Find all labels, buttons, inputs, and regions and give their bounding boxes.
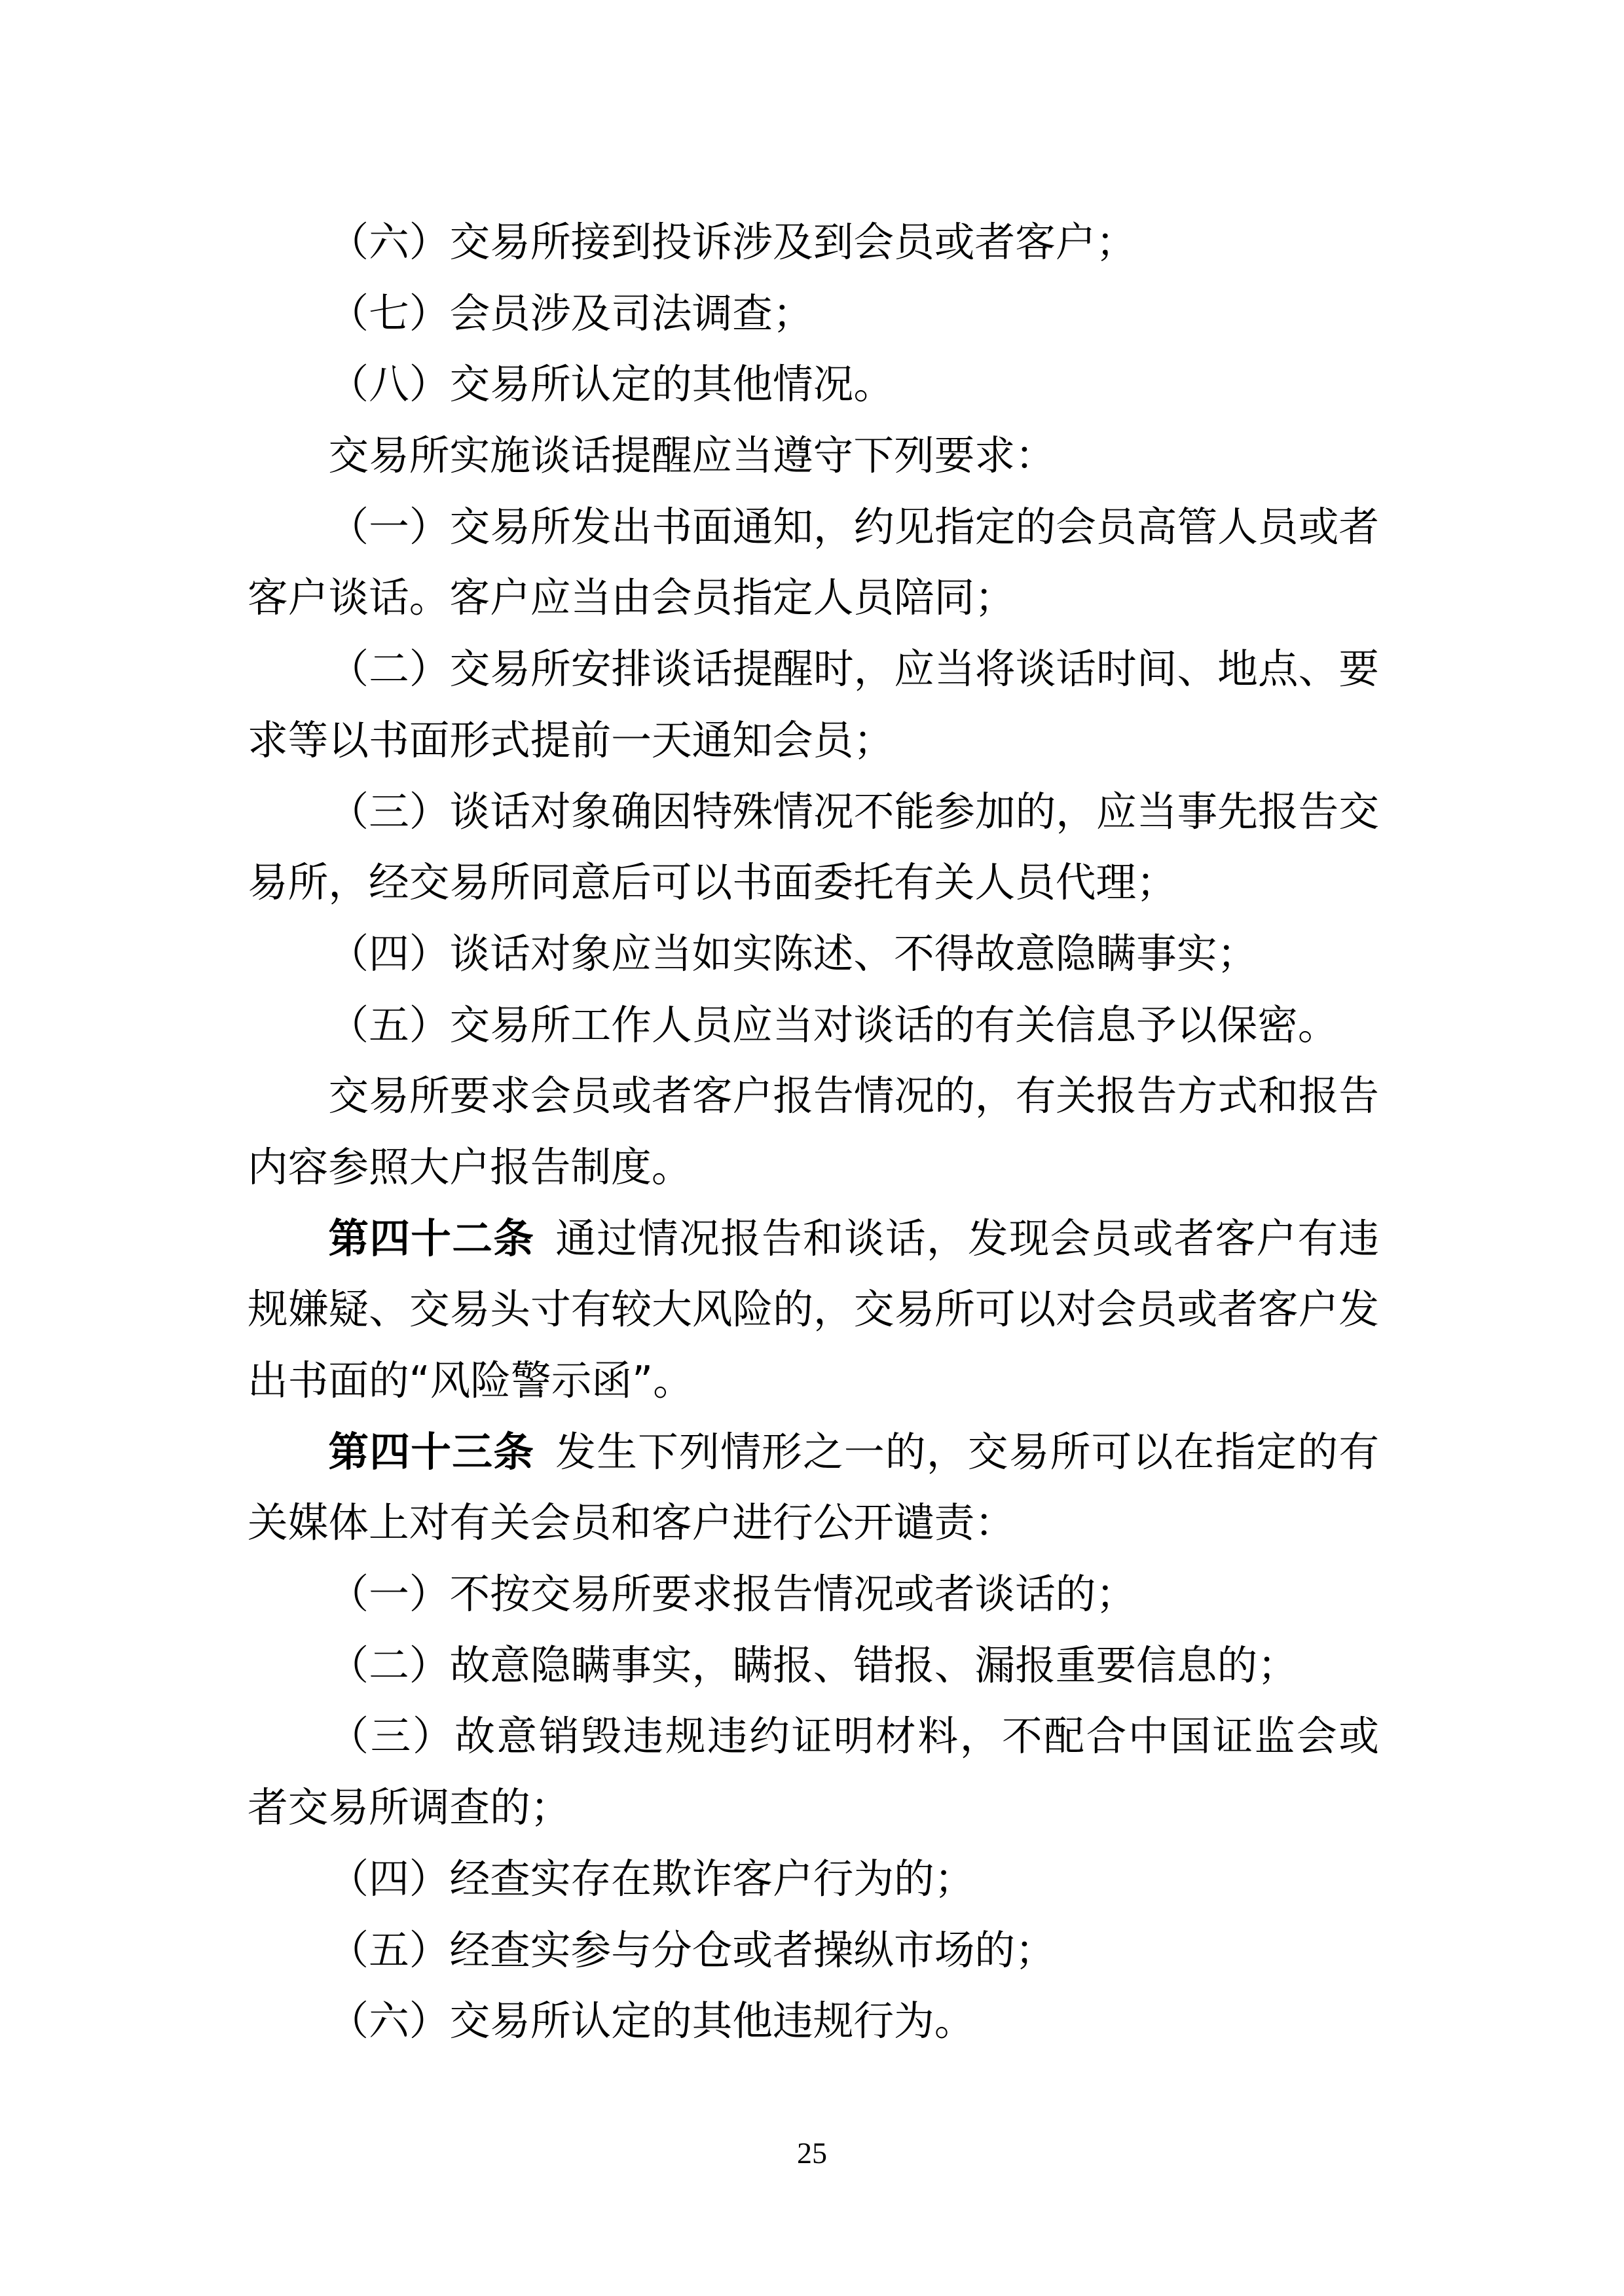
violation-6: （六）交易所认定的其他违规行为。 (248, 1986, 1379, 2057)
document-page: （六）交易所接到投诉涉及到会员或者客户； （七）会员涉及司法调查； （八）交易所… (0, 0, 1624, 2296)
article-42-text: 通过情况报告和谈话，发现会员或者客户有违 (555, 1215, 1379, 1262)
article-42-line-1: 第四十二条 通过情况报告和谈话，发现会员或者客户有违 (248, 1203, 1379, 1275)
body-text: （六）交易所接到投诉涉及到会员或者客户； （七）会员涉及司法调查； （八）交易所… (248, 207, 1379, 2057)
requirement-1-line-2: 客户谈话。客户应当由会员指定人员陪同； (248, 562, 1379, 634)
article-43-line-1: 第四十三条 发生下列情形之一的，交易所可以在指定的有 (248, 1417, 1379, 1488)
article-42-heading: 第四十二条 (328, 1215, 534, 1262)
paragraph-intro-requirements: 交易所实施谈话提醒应当遵守下列要求： (248, 420, 1379, 492)
article-43-spacer (534, 1429, 555, 1476)
article-42-line-3: 出书面的“风险警示函”。 (248, 1345, 1379, 1417)
requirement-3-line-1: （三）谈话对象确因特殊情况不能参加的，应当事先报告交 (248, 776, 1379, 848)
requirement-2-line-2: 求等以书面形式提前一天通知会员； (248, 705, 1379, 776)
violation-1: （一）不按交易所要求报告情况或者谈话的； (248, 1559, 1379, 1630)
violation-4: （四）经查实存在欺诈客户行为的； (248, 1844, 1379, 1915)
report-paragraph-line-2: 内容参照大户报告制度。 (248, 1132, 1379, 1203)
list-item-6: （六）交易所接到投诉涉及到会员或者客户； (248, 207, 1379, 278)
list-item-8: （八）交易所认定的其他情况。 (248, 349, 1379, 420)
requirement-5: （五）交易所工作人员应当对谈话的有关信息予以保密。 (248, 990, 1379, 1061)
violation-3-line-2: 者交易所调查的； (248, 1772, 1379, 1844)
page-number: 25 (0, 2136, 1624, 2170)
requirement-3-line-2: 易所，经交易所同意后可以书面委托有关人员代理； (248, 847, 1379, 919)
article-42-line-2: 规嫌疑、交易头寸有较大风险的，交易所可以对会员或者客户发 (248, 1274, 1379, 1345)
requirement-1-line-1: （一）交易所发出书面通知，约见指定的会员高管人员或者 (248, 492, 1379, 563)
article-43-heading: 第四十三条 (328, 1429, 534, 1476)
article-43-line-2: 关媒体上对有关会员和客户进行公开谴责： (248, 1487, 1379, 1559)
list-item-7: （七）会员涉及司法调查； (248, 278, 1379, 350)
requirement-4: （四）谈话对象应当如实陈述、不得故意隐瞒事实； (248, 919, 1379, 990)
report-paragraph-line-1: 交易所要求会员或者客户报告情况的，有关报告方式和报告 (248, 1061, 1379, 1132)
violation-3-line-1: （三）故意销毁违规违约证明材料，不配合中国证监会或 (248, 1701, 1379, 1772)
violation-5: （五）经查实参与分仓或者操纵市场的； (248, 1915, 1379, 1986)
article-43-text: 发生下列情形之一的，交易所可以在指定的有 (555, 1429, 1379, 1476)
violation-2: （二）故意隐瞒事实，瞒报、错报、漏报重要信息的； (248, 1630, 1379, 1702)
article-42-spacer (534, 1215, 555, 1262)
requirement-2-line-1: （二）交易所安排谈话提醒时，应当将谈话时间、地点、要 (248, 634, 1379, 705)
